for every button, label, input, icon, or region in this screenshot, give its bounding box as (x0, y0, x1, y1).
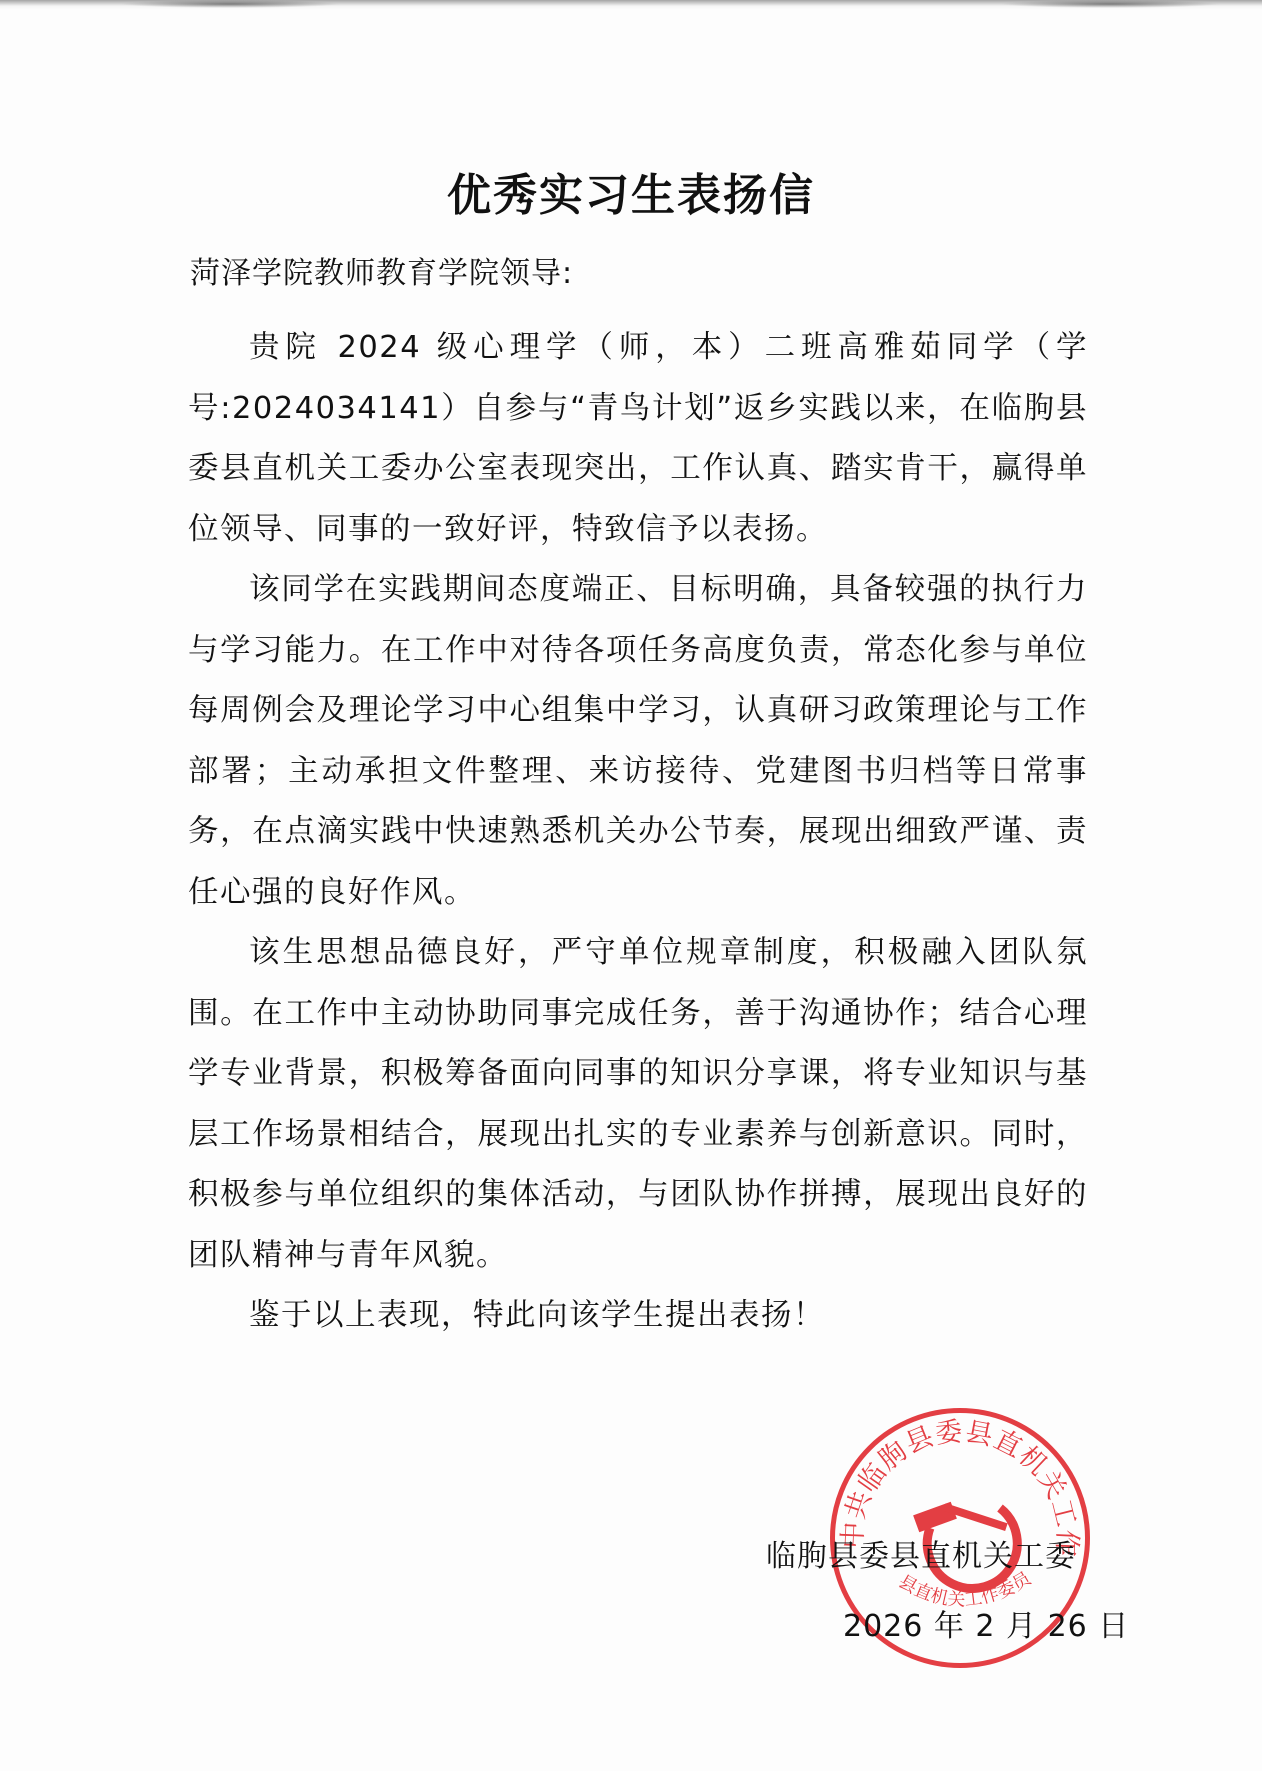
signature-date: 2026 年 2 月 26 日 (843, 1605, 1129, 1649)
scan-shadow-right (1000, 0, 1220, 8)
paragraph-2: 该同学在实践期间态度端正、目标明确，具备较强的执行力与学习能力。在工作中对待各项… (188, 560, 1088, 923)
letter-title: 优秀实习生表扬信 (0, 166, 1262, 226)
paragraph-3: 该生思想品德良好，严守单位规章制度，积极融入团队氛围。在工作中主动协助同事完成任… (188, 923, 1088, 1286)
signature-organization: 临朐县委县直机关工委 (766, 1535, 1076, 1579)
paragraph-1: 贵院 2024 级心理学（师，本）二班高雅茹同学（学号:2024034141）自… (188, 318, 1088, 560)
paragraph-4: 鉴于以上表现，特此向该学生提出表扬！ (188, 1286, 1088, 1347)
letter-body: 贵院 2024 级心理学（师，本）二班高雅茹同学（学号:2024034141）自… (188, 318, 1088, 1347)
salutation: 菏泽学院教师教育学院领导: (190, 252, 573, 296)
scan-shadow-left (120, 0, 340, 8)
